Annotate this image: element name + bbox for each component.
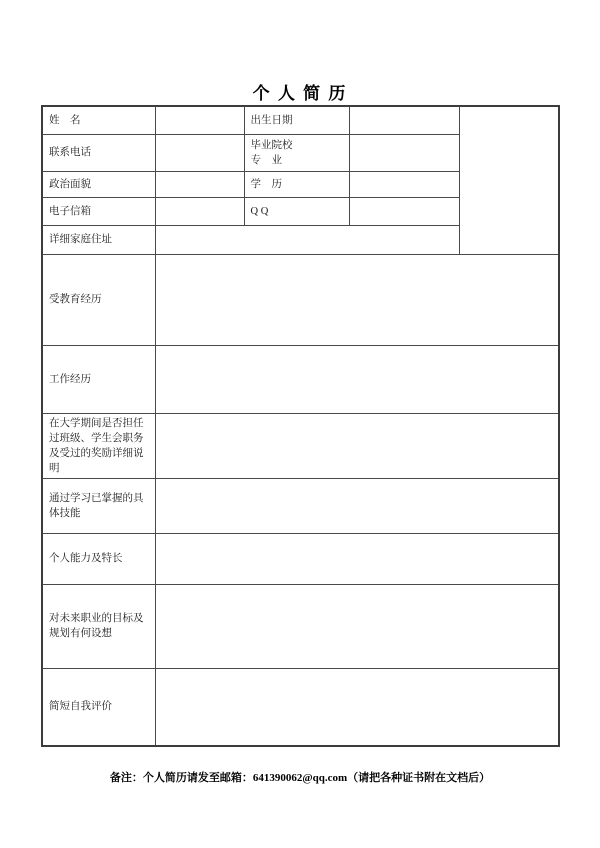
school-major-label: 毕业院校 专 业 bbox=[244, 134, 349, 171]
qq-label: Q Q bbox=[244, 197, 349, 225]
school-major-field[interactable] bbox=[349, 134, 459, 171]
table-row: 受教育经历 bbox=[42, 254, 559, 345]
table-row: 对未来职业的目标及规划有何设想 bbox=[42, 584, 559, 668]
qq-field[interactable] bbox=[349, 197, 459, 225]
skills-field[interactable] bbox=[155, 478, 559, 533]
table-row: 姓 名 出生日期 bbox=[42, 106, 559, 134]
name-field[interactable] bbox=[155, 106, 244, 134]
email-field[interactable] bbox=[155, 197, 244, 225]
table-row: 工作经历 bbox=[42, 345, 559, 413]
phone-field[interactable] bbox=[155, 134, 244, 171]
political-status-field[interactable] bbox=[155, 171, 244, 197]
abilities-label: 个人能力及特长 bbox=[42, 533, 155, 584]
university-roles-field[interactable] bbox=[155, 413, 559, 478]
skills-label: 通过学习已掌握的具体技能 bbox=[42, 478, 155, 533]
home-address-label: 详细家庭住址 bbox=[42, 225, 155, 254]
footer-note: 备注：个人简历请发至邮箱：641390062@qq.com（请把各种证书附在文档… bbox=[0, 769, 600, 785]
career-goals-label: 对未来职业的目标及规划有何设想 bbox=[42, 584, 155, 668]
education-history-field[interactable] bbox=[155, 254, 559, 345]
name-label: 姓 名 bbox=[42, 106, 155, 134]
education-level-field[interactable] bbox=[349, 171, 459, 197]
table-row: 通过学习已掌握的具体技能 bbox=[42, 478, 559, 533]
page-title: 个 人 简 历 bbox=[0, 79, 600, 104]
photo-cell[interactable] bbox=[459, 106, 559, 254]
political-status-label: 政治面貌 bbox=[42, 171, 155, 197]
self-evaluation-field[interactable] bbox=[155, 668, 559, 746]
resume-table: 姓 名 出生日期 联系电话 毕业院校 专 业 政治面貌 学 历 电子信箱 bbox=[41, 105, 560, 747]
work-history-field[interactable] bbox=[155, 345, 559, 413]
table-row: 个人能力及特长 bbox=[42, 533, 559, 584]
self-evaluation-label: 简短自我评价 bbox=[42, 668, 155, 746]
education-level-label: 学 历 bbox=[244, 171, 349, 197]
table-row: 在大学期间是否担任过班级、学生会职务及受过的奖励详细说明 bbox=[42, 413, 559, 478]
education-history-label: 受教育经历 bbox=[42, 254, 155, 345]
resume-document-page: 个 人 简 历 姓 名 出生日期 联系电话 毕业院校 专 业 bbox=[0, 0, 600, 848]
table-row: 简短自我评价 bbox=[42, 668, 559, 746]
abilities-field[interactable] bbox=[155, 533, 559, 584]
birth-date-field[interactable] bbox=[349, 106, 459, 134]
career-goals-field[interactable] bbox=[155, 584, 559, 668]
email-label: 电子信箱 bbox=[42, 197, 155, 225]
home-address-field[interactable] bbox=[155, 225, 459, 254]
work-history-label: 工作经历 bbox=[42, 345, 155, 413]
university-roles-label: 在大学期间是否担任过班级、学生会职务及受过的奖励详细说明 bbox=[42, 413, 155, 478]
birth-date-label: 出生日期 bbox=[244, 106, 349, 134]
phone-label: 联系电话 bbox=[42, 134, 155, 171]
